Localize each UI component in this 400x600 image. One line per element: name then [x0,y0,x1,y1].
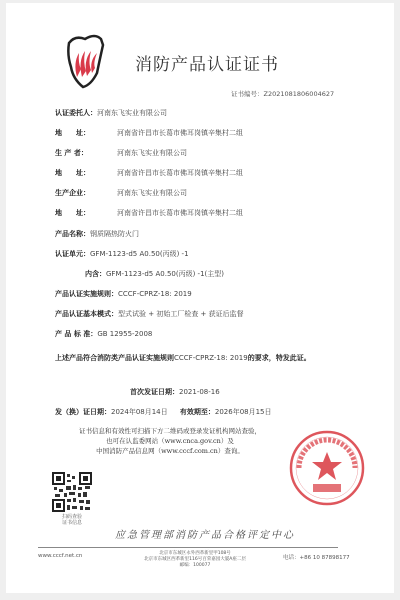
field-label: 产品名称： [55,229,90,239]
first-issue-date: 首次发证日期：2021-08-16 [130,387,220,397]
field-cert-unit: 认证单元：GFM-1123-d5 A0.50(丙级) -1 [55,249,189,259]
field-factory-address: 地 址：河南省许昌市长葛市佛耳岗镇辛集村二组 [55,208,243,218]
field-label: 产 品 标 准： [55,329,97,339]
field-value: 钢质隔热防火门 [90,230,139,238]
field-manufacturer-address: 地 址：河南省许昌市长葛市佛耳岗镇辛集村二组 [55,168,243,178]
field-label: 认证单元： [55,249,90,259]
certificate-number-label: 证书编号： [231,90,264,98]
field-value: 河南省许昌市长葛市佛耳岗镇辛集村二组 [117,129,243,137]
field-value: 河南省许昌市长葛市佛耳岗镇辛集村二组 [117,209,243,217]
verification-line: 也可在认监委网站（www.cnca.gov.cn）及 [70,436,270,446]
field-value: 型式试验 + 初始工厂检查 + 获证后监督 [118,310,244,318]
field-manufacturer: 生 产 者：河南东飞实业有限公司 [55,148,187,158]
field-cert-rule: 产品认证实施规则：CCCF-CPRZ-18: 2019 [55,289,192,299]
certificate-number: 证书编号：Z2021081806004627 [231,89,334,98]
verification-note: 证书信息和有效性可扫描下方二维码或登录发证机构网站查验， 也可在认监委网站（ww… [70,426,270,456]
footer-address: 北京市东城区永外西革新里甲108号 北京市东城区西革新里116号百荣嘉园大厦A座… [125,551,265,569]
field-label: 内含： [85,269,106,279]
footer-website[interactable]: www.cccf.net.cn [38,553,82,559]
fire-shield-logo-icon [63,33,107,89]
statement-prefix: 上述产品符合消防类产品认证实施规则 [55,354,174,362]
field-product-standard: 产 品 标 准：GB 12955-2008 [55,329,152,339]
official-seal-icon [287,428,367,508]
field-applicant-address: 地 址：河南省许昌市长葛市佛耳岗镇辛集村二组 [55,128,243,138]
valid-until-label: 有效期至： [180,407,215,417]
field-value: GB 12955-2008 [97,330,152,338]
compliance-statement: 上述产品符合消防类产品认证实施规则CCCF-CPRZ-18: 2019的要求，特… [55,350,355,366]
statement-suffix: 的要求，特发此证。 [248,354,311,362]
verification-line: 证书信息和有效性可扫描下方二维码或登录发证机构网站查验， [70,426,270,436]
document-title: 消防产品认证证书 [135,50,279,75]
first-issue-value: 2021-08-16 [179,388,220,396]
issue-date-label: 发（换）证日期： [55,407,111,417]
field-label: 地 址： [55,168,117,178]
field-includes: 内含：GFM-1123-d5 A0.50(丙级) -1(主型) [85,269,224,279]
issue-date-value: 2024年08月14日 [111,408,168,416]
qr-code-icon[interactable] [52,472,92,512]
statement-rule: CCCF-CPRZ-18: 2019 [174,354,248,362]
first-issue-label: 首次发证日期： [130,387,179,397]
field-label: 地 址： [55,128,117,138]
issue-dates: 发（换）证日期：2024年08月14日 有效期至：2026年08月15日 [55,407,272,417]
field-value: 河南东飞实业有限公司 [117,189,187,197]
field-value: CCCF-CPRZ-18: 2019 [118,290,192,298]
certificate-number-value: Z2021081806004627 [264,90,335,98]
footer-divider [38,547,338,548]
footer-postcode: 邮编：100077 [125,563,265,569]
field-label: 生 产 者： [55,148,117,158]
field-label: 地 址： [55,208,117,218]
field-value: 河南东飞实业有限公司 [117,149,187,157]
field-label: 产品认证基本模式： [55,309,118,319]
field-label: 认证委托人： [55,108,97,118]
field-label: 产品认证实施规则： [55,289,118,299]
qr-caption: 扫码查验 证书信息 [52,514,92,526]
field-product-name: 产品名称：钢质隔热防火门 [55,229,139,239]
field-value: 河南东飞实业有限公司 [97,109,167,117]
field-value: GFM-1123-d5 A0.50(丙级) -1(主型) [106,270,224,278]
valid-until-value: 2026年08月15日 [215,408,272,416]
field-cert-mode: 产品认证基本模式：型式试验 + 初始工厂检查 + 获证后监督 [55,309,244,319]
qr-caption-line: 证书信息 [52,520,92,526]
footer-telephone: 电话：+86 10 87898177 [283,553,350,561]
field-factory: 生产企业：河南东飞实业有限公司 [55,188,187,198]
field-value: GFM-1123-d5 A0.50(丙级) -1 [90,250,189,258]
issuing-authority: 应急管理部消防产品合格评定中心 [115,526,295,541]
field-applicant: 认证委托人：河南东飞实业有限公司 [55,108,167,118]
field-value: 河南省许昌市长葛市佛耳岗镇辛集村二组 [117,169,243,177]
field-label: 生产企业： [55,188,117,198]
verification-line: 中国消防产品信息网（www.cccf.com.cn）查询。 [70,446,270,456]
